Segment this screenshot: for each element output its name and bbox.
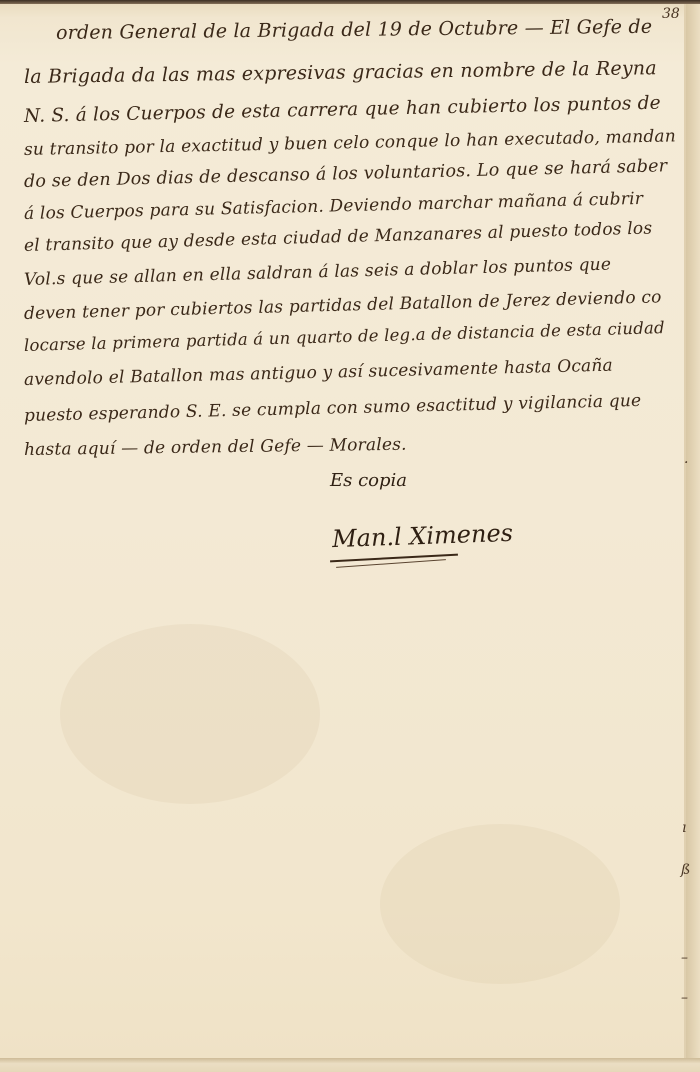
- margin-mark: –: [681, 950, 688, 966]
- paper-stain: [380, 824, 620, 984]
- folio-number: 38: [662, 6, 680, 22]
- closing-es-copia: Es copia: [330, 470, 407, 491]
- margin-mark: ß: [681, 862, 690, 878]
- page-bottom-edge: [0, 1058, 700, 1072]
- paper-stain: [60, 624, 320, 804]
- page-right-edge: [686, 4, 700, 1072]
- margin-mark: ı: [682, 820, 686, 836]
- margin-mark: –: [681, 990, 688, 1006]
- margin-mark: ·: [684, 455, 688, 471]
